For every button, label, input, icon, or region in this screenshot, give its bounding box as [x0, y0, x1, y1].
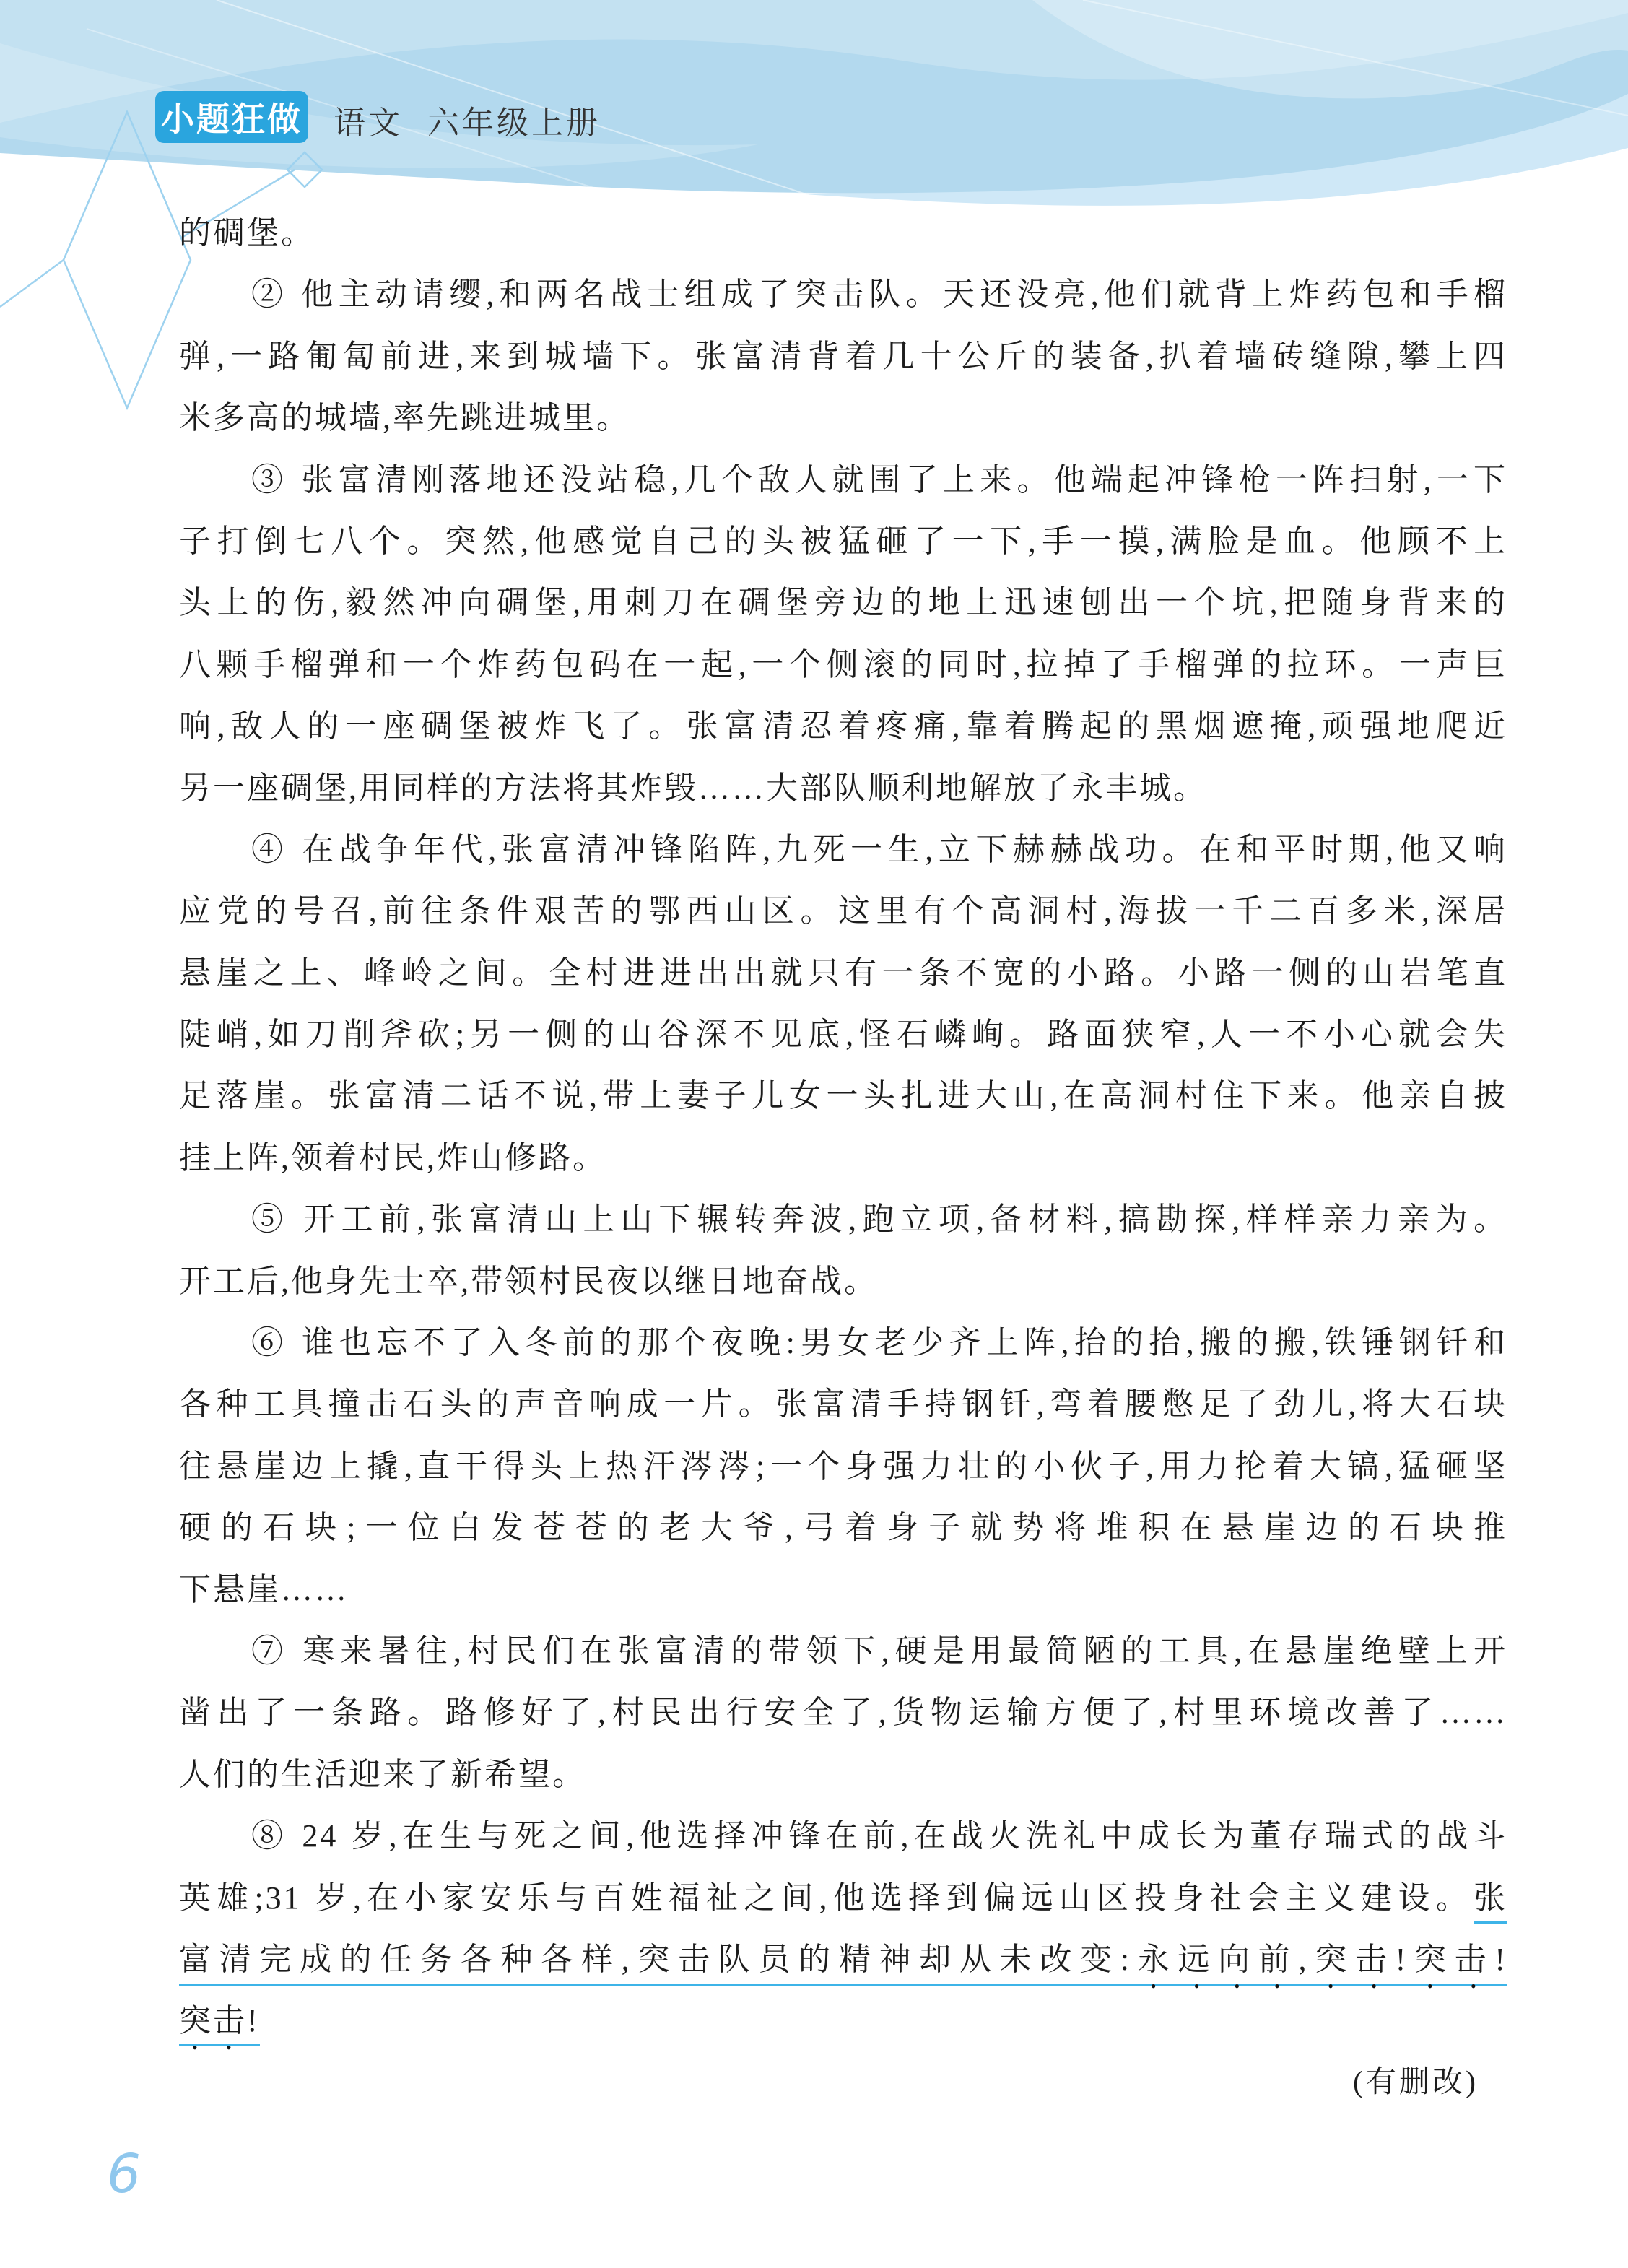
page-number: 6 — [107, 2143, 141, 2205]
passage-text: ⑤ 开工前,张富清山上山下辗转奔波,跑立项,备材料,搞勘探,样样亲力亲为。 — [251, 1202, 1507, 1237]
passage-text: 人们的生活迎来了新希望。 — [179, 1757, 586, 1792]
article-line: 开工后,他身先士卒,带领村民夜以继日地奋战。 — [179, 1251, 1507, 1312]
reading-passage: 的碉堡。② 他主动请缨,和两名战士组成了突击队。天还没亮,他们就背上炸药包和手榴… — [179, 202, 1507, 2052]
passage-text: 足落崖。张富清二话不说,带上妻子儿女一头扎进大山,在高洞村住下来。他亲自披 — [179, 1078, 1507, 1113]
article-line: 足落崖。张富清二话不说,带上妻子儿女一头扎进大山,在高洞村住下来。他亲自披 — [179, 1065, 1507, 1126]
passage-text: 弹,一路匍匐前进,来到城墙下。张富清背着几十公斤的装备,扒着墙砖缝隙,攀上四 — [179, 339, 1507, 374]
emphasized-text: 突击! — [179, 2003, 260, 2046]
article-line: 下悬崖…… — [179, 1559, 1507, 1620]
passage-text: 凿出了一条路。路修好了,村民出行安全了,货物运输方便了,村里环境改善了…… — [179, 1695, 1507, 1730]
article-line: ② 他主动请缨,和两名战士组成了突击队。天还没亮,他们就背上炸药包和手榴 — [179, 264, 1507, 325]
emphasized-text: 张 — [1474, 1880, 1507, 1924]
passage-text: ⑧ 24 岁,在生与死之间,他选择冲锋在前,在战火洗礼中成长为董存瑞式的战斗 — [251, 1818, 1507, 1854]
passage-text: ⑥ 谁也忘不了入冬前的那个夜晚:男女老少齐上阵,抬的抬,搬的搬,铁锤钢钎和 — [251, 1325, 1507, 1360]
article-line: 悬崖之上、峰岭之间。全村进进出出就只有一条不宽的小路。小路一侧的山岩笔直 — [179, 942, 1507, 1004]
passage-text: 开工后,他身先士卒,带领村民夜以继日地奋战。 — [179, 1264, 878, 1299]
passage-text: 头上的伤,毅然冲向碉堡,用刺刀在碉堡旁边的地上迅速刨出一个坑,把随身背来的 — [179, 585, 1507, 620]
article-line: 英雄;31 岁,在小家安乐与百姓福祉之间,他选择到偏远山区投身社会主义建设。张 — [179, 1867, 1507, 1929]
passage-text: , — [1299, 1942, 1309, 1977]
article-line: 响,敌人的一座碉堡被炸飞了。张富清忍着疼痛,靠着腾起的黑烟遮掩,顽强地爬近 — [179, 695, 1507, 757]
page-title: 语文 六年级上册 — [334, 97, 601, 143]
passage-text: 悬崖之上、峰岭之间。全村进进出出就只有一条不宽的小路。小路一侧的山岩笔直 — [179, 955, 1507, 991]
passage-text: 应党的号召,前往条件艰苦的鄂西山区。这里有个高洞村,海拔一千二百多米,深居 — [179, 893, 1507, 929]
passage-text: 另一座碉堡,用同样的方法将其炸毁……大部队顺利地解放了永丰城。 — [179, 770, 1207, 806]
passage-text: ③ 张富清刚落地还没站稳,几个敌人就围了上来。他端起冲锋枪一阵扫射,一下 — [251, 462, 1507, 498]
article-line: 头上的伤,毅然冲向碉堡,用刺刀在碉堡旁边的地上迅速刨出一个坑,把随身背来的 — [179, 572, 1507, 633]
article-line: ③ 张富清刚落地还没站稳,几个敌人就围了上来。他端起冲锋枪一阵扫射,一下 — [179, 449, 1507, 510]
article-line: 米多高的城墙,率先跳进城里。 — [179, 387, 1507, 448]
article-line: 硬的石块;一位白发苍苍的老大爷,弓着身子就势将堆积在悬崖边的石块推 — [179, 1497, 1507, 1558]
passage-text: 富清完成的任务各种各样,突击队员的精神却从未改变: — [179, 1942, 1131, 1977]
article-line: 陡峭,如刀削斧砍;另一侧的山谷深不见底,怪石嶙峋。路面狭窄,人一不小心就会失 — [179, 1004, 1507, 1065]
passage-text: 子打倒七八个。突然,他感觉自己的头被猛砸了一下,手一摸,满脸是血。他顾不上 — [179, 523, 1507, 559]
article-line: 人们的生活迎来了新希望。 — [179, 1744, 1507, 1805]
passage-text: 各种工具撞击石头的声音响成一片。张富清手持钢钎,弯着腰憋足了劲儿,将大石块 — [179, 1386, 1507, 1422]
article-line: 的碉堡。 — [179, 202, 1507, 264]
article-line: ⑥ 谁也忘不了入冬前的那个夜晚:男女老少齐上阵,抬的抬,搬的搬,铁锤钢钎和 — [179, 1312, 1507, 1373]
article-line: 子打倒七八个。突然,他感觉自己的头被猛砸了一下,手一摸,满脸是血。他顾不上 — [179, 510, 1507, 572]
article-line: 突击! — [179, 1990, 1507, 2051]
article-line: 另一座碉堡,用同样的方法将其炸毁……大部队顺利地解放了永丰城。 — [179, 757, 1507, 819]
article-line: 八颗手榴弹和一个炸药包码在一起,一个侧滚的同时,拉掉了手榴弹的拉环。一声巨 — [179, 634, 1507, 695]
passage-text: 下悬崖…… — [179, 1572, 349, 1607]
emphasized-text: 永远向前 — [1131, 1942, 1299, 1977]
article-line: ⑧ 24 岁,在生与死之间,他选择冲锋在前,在战火洗礼中成长为董存瑞式的战斗 — [179, 1805, 1507, 1867]
passage-text: 往悬崖边上撬,直干得头上热汗涔涔;一个身强力壮的小伙子,用力抡着大镐,猛砸坚 — [179, 1448, 1507, 1484]
passage-text: 米多高的城墙,率先跳进城里。 — [179, 400, 630, 435]
article-line: 凿出了一条路。路修好了,村民出行安全了,货物运输方便了,村里环境改善了…… — [179, 1682, 1507, 1743]
passage-text: 八颗手榴弹和一个炸药包码在一起,一个侧滚的同时,拉掉了手榴弹的拉环。一声巨 — [179, 647, 1507, 682]
passage-text: 挂上阵,领着村民,炸山修路。 — [179, 1140, 606, 1176]
emphasized-text: 突击!突击! — [1309, 1942, 1508, 1977]
subject-label: 语文 — [334, 97, 403, 143]
article-line: ⑤ 开工前,张富清山上山下辗转奔波,跑立项,备材料,搞勘探,样样亲力亲为。 — [179, 1189, 1507, 1250]
article-line: 富清完成的任务各种各样,突击队员的精神却从未改变:永远向前,突击!突击! — [179, 1929, 1507, 1990]
workbook-page: 小题狂做 语文 六年级上册 的碉堡。② 他主动请缨,和两名战士组成了突击队。天还… — [0, 0, 1628, 2268]
article-line: 往悬崖边上撬,直干得头上热汗涔涔;一个身强力壮的小伙子,用力抡着大镐,猛砸坚 — [179, 1435, 1507, 1497]
article-line: 弹,一路匍匐前进,来到城墙下。张富清背着几十公斤的装备,扒着墙砖缝隙,攀上四 — [179, 326, 1507, 387]
passage-text: 的碉堡。 — [179, 215, 315, 251]
volume-label: 六年级上册 — [427, 97, 601, 143]
passage-text: ② 他主动请缨,和两名战士组成了突击队。天还没亮,他们就背上炸药包和手榴 — [251, 277, 1507, 312]
passage-text: 英雄;31 岁,在小家安乐与百姓福祉之间,他选择到偏远山区投身社会主义建设。 — [179, 1880, 1474, 1916]
passage-text: 陡峭,如刀削斧砍;另一侧的山谷深不见底,怪石嶙峋。路面狭窄,人一不小心就会失 — [179, 1017, 1507, 1052]
brand-badge: 小题狂做 — [155, 91, 308, 143]
passage-text: ④ 在战争年代,张富清冲锋陷阵,九死一生,立下赫赫战功。在和平时期,他又响 — [251, 832, 1507, 867]
attribution-note: (有删改) — [179, 2052, 1507, 2113]
article-line: 挂上阵,领着村民,炸山修路。 — [179, 1127, 1507, 1189]
passage-text: 硬的石块;一位白发苍苍的老大爷,弓着身子就势将堆积在悬崖边的石块推 — [179, 1510, 1507, 1545]
article-line: ④ 在战争年代,张富清冲锋陷阵,九死一生,立下赫赫战功。在和平时期,他又响 — [179, 819, 1507, 880]
article-line: ⑦ 寒来暑往,村民们在张富清的带领下,硬是用最简陋的工具,在悬崖绝壁上开 — [179, 1620, 1507, 1682]
passage-text: 响,敌人的一座碉堡被炸飞了。张富清忍着疼痛,靠着腾起的黑烟遮掩,顽强地爬近 — [179, 708, 1507, 744]
passage-text: ⑦ 寒来暑往,村民们在张富清的带领下,硬是用最简陋的工具,在悬崖绝壁上开 — [251, 1633, 1507, 1669]
article-line: 各种工具撞击石头的声音响成一片。张富清手持钢钎,弯着腰憋足了劲儿,将大石块 — [179, 1373, 1507, 1435]
article-line: 应党的号召,前往条件艰苦的鄂西山区。这里有个高洞村,海拔一千二百多米,深居 — [179, 880, 1507, 942]
